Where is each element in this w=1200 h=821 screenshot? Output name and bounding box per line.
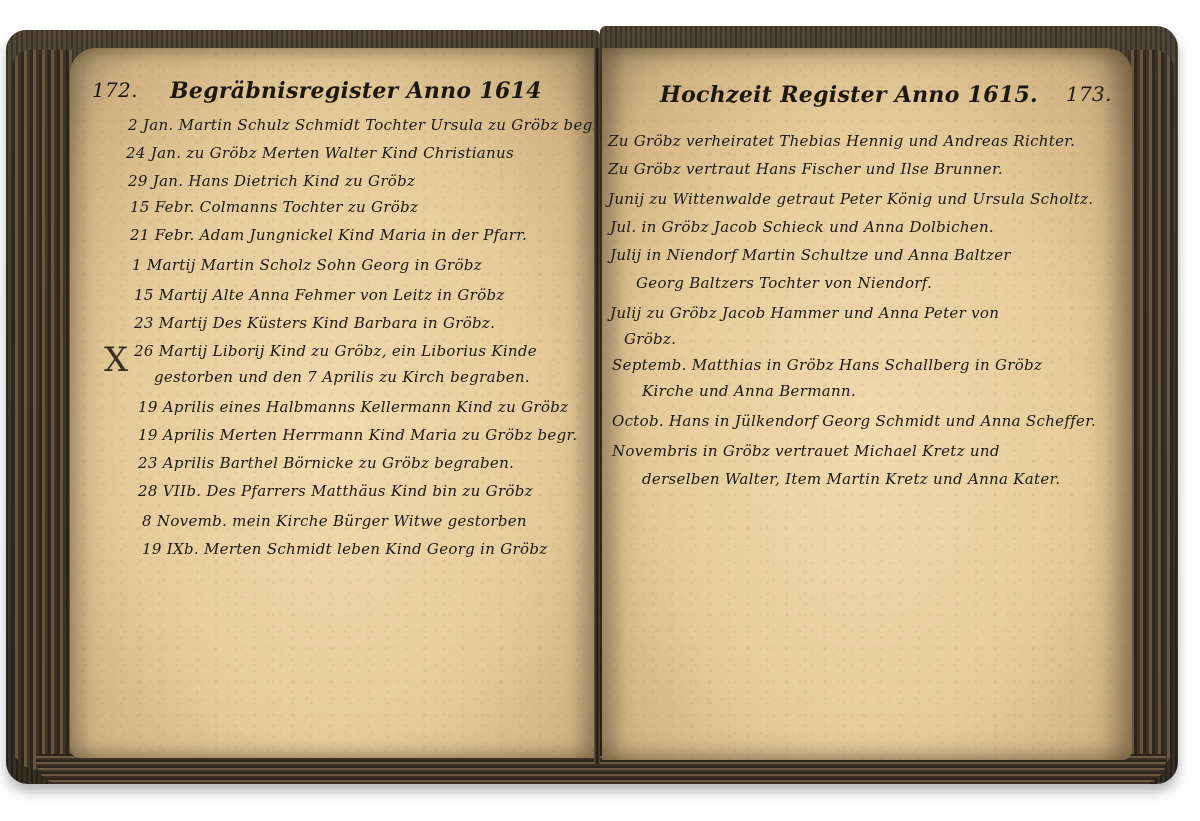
entry-line: Junij zu Wittenwalde getraut Peter König…	[608, 190, 1093, 208]
entry-line: 19 IXb. Merten Schmidt leben Kind Georg …	[142, 540, 547, 558]
entry-line: 26 Martij Liborij Kind zu Gröbz, ein Lib…	[134, 342, 537, 360]
page-edges-left	[12, 50, 74, 770]
entry-line: 23 Martij Des Küsters Kind Barbara in Gr…	[134, 314, 495, 332]
entry-line: 19 Aprilis eines Halbmanns Kellermann Ki…	[138, 398, 568, 416]
entry-line: Novembris in Gröbz vertrauet Michael Kre…	[612, 442, 1000, 460]
book-spine	[594, 48, 600, 764]
right-page-heading: Hochzeit Register Anno 1615.	[660, 82, 1038, 108]
left-page-number: 172.	[92, 78, 138, 102]
left-page-heading: Begräbnisregister Anno 1614	[170, 78, 542, 104]
entry-line: 8 Novemb. mein Kirche Bürger Witwe gesto…	[142, 512, 527, 530]
entry-line: 28 VIIb. Des Pfarrers Matthäus Kind bin …	[138, 482, 533, 500]
entry-line: 2 Jan. Martin Schulz Schmidt Tochter Urs…	[128, 116, 596, 134]
entry-line: Zu Gröbz vertraut Hans Fischer und Ilse …	[608, 160, 1003, 178]
right-page: Hochzeit Register Anno 1615. 173. Zu Grö…	[602, 48, 1132, 760]
entry-line: 15 Febr. Colmanns Tochter zu Gröbz	[130, 198, 418, 216]
entry-line: Jul. in Gröbz Jacob Schieck und Anna Dol…	[610, 218, 994, 236]
entry-line: 21 Febr. Adam Jungnickel Kind Maria in d…	[130, 226, 527, 244]
entry-line: 23 Aprilis Barthel Börnicke zu Gröbz beg…	[138, 454, 514, 472]
entry-line: Kirche und Anna Bermann.	[642, 382, 856, 400]
entry-line: Zu Gröbz verheiratet Thebias Hennig und …	[608, 132, 1075, 150]
entry-line: Georg Baltzers Tochter von Niendorf.	[636, 274, 932, 292]
entry-line: Septemb. Matthias in Gröbz Hans Schallbe…	[612, 356, 1042, 374]
right-page-number: 173.	[1066, 82, 1112, 106]
entry-line: Gröbz.	[624, 330, 676, 348]
entry-line: 24 Jan. zu Gröbz Merten Walter Kind Chri…	[126, 144, 514, 162]
entry-line: Julij in Niendorf Martin Schultze und An…	[610, 246, 1011, 264]
entry-line: gestorben und den 7 Aprilis zu Kirch beg…	[154, 368, 530, 386]
open-register-book: 172. Begräbnisregister Anno 1614 X 2 Jan…	[6, 26, 1178, 786]
page-edges-right	[1128, 50, 1174, 770]
entry-line: derselben Walter, Item Martin Kretz und …	[642, 470, 1060, 488]
entry-line: 1 Martij Martin Scholz Sohn Georg in Grö…	[132, 256, 482, 274]
left-page: 172. Begräbnisregister Anno 1614 X 2 Jan…	[70, 48, 596, 758]
entry-line: Julij zu Gröbz Jacob Hammer und Anna Pet…	[610, 304, 999, 322]
entry-line: 15 Martij Alte Anna Fehmer von Leitz in …	[134, 286, 505, 304]
entry-line: Octob. Hans in Jülkendorf Georg Schmidt …	[612, 412, 1096, 430]
entry-line: 19 Aprilis Merten Herrmann Kind Maria zu…	[138, 426, 577, 444]
margin-cross-mark: X	[104, 340, 129, 380]
entry-line: 29 Jan. Hans Dietrich Kind zu Gröbz	[128, 172, 415, 190]
